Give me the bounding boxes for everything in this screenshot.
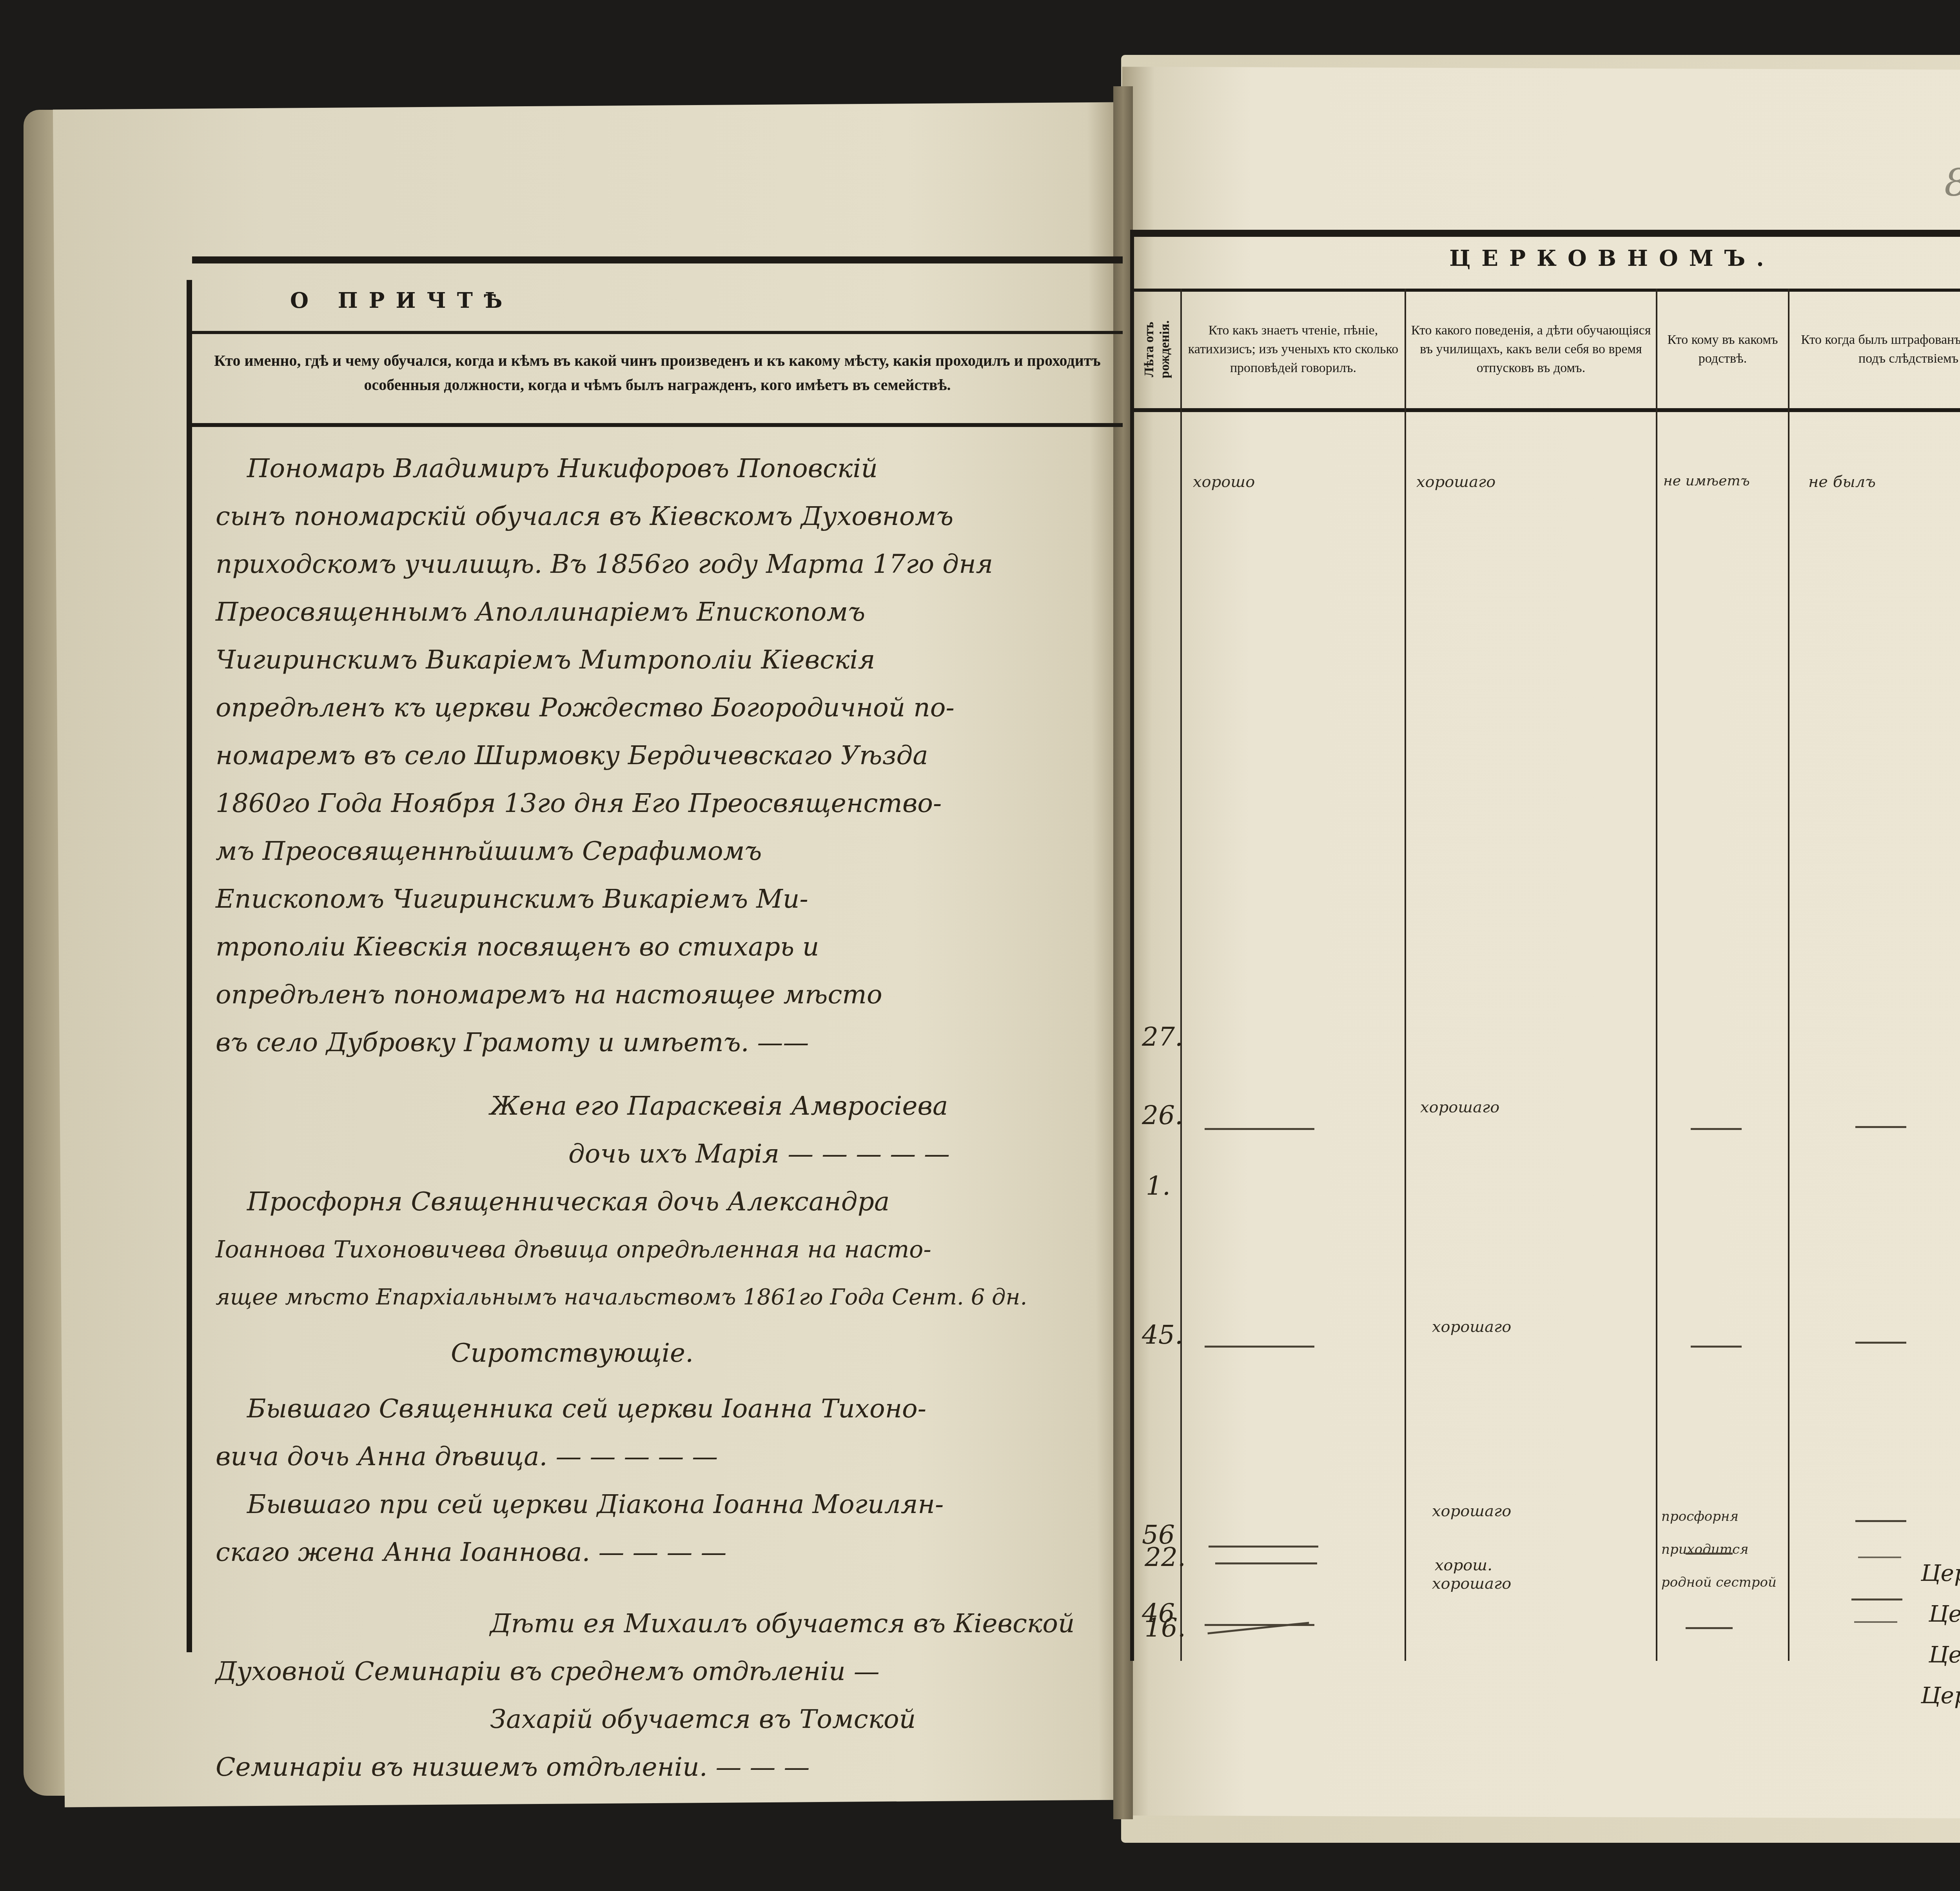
clergy-table-right: ЦЕРКОВНОМЪ. Лѣта отъ рожденія. Кто какъ … <box>1130 230 1960 1661</box>
entry-line: Пономарь Владимиръ Никифоровъ Поповскій <box>216 445 1115 492</box>
entry-line: Дѣти ея Михаилъ обучается въ Кіевской <box>216 1600 1115 1648</box>
header-rule <box>1134 289 1960 292</box>
cell-age: 16. <box>1145 1608 1186 1648</box>
cell-age: 1. <box>1146 1171 1171 1201</box>
entry-orphan-1: Бывшаго Священника сей церкви Іоанна Тих… <box>216 1385 1115 1480</box>
clergy-table-left: О ПРИЧТѢ Кто именно, гдѣ и чему обучался… <box>187 280 1123 1652</box>
cell-reading-dash <box>1215 1562 1317 1564</box>
cell-relation-dash <box>1691 1116 1742 1134</box>
cell-behavior: хорошаго <box>1432 1318 1511 1336</box>
column-header-age: Лѣта отъ рожденія. <box>1134 296 1180 402</box>
cell-age: 27. <box>1142 1022 1183 1052</box>
cell-fines-dash <box>1854 1621 1897 1623</box>
column-divider <box>1180 289 1182 1661</box>
cell-fines-dash <box>1855 1330 1906 1348</box>
cell-reading-dash <box>1209 1533 1318 1551</box>
entry-line: Сиротствующіе. <box>216 1329 1115 1377</box>
margin-note: Церкви Церкви Церкви Церкви <box>1921 1553 1960 1716</box>
cell-fines: не былъ <box>1808 473 1876 491</box>
cell-reading: хорошо <box>1193 473 1255 491</box>
cell-age: 45. <box>1142 1320 1183 1350</box>
column-divider <box>1788 289 1789 1661</box>
section-title-left: О ПРИЧТѢ <box>290 288 514 313</box>
cell-relation-dash <box>1686 1553 1733 1555</box>
cell-fines-dash <box>1858 1557 1901 1558</box>
entry-line: Бывшаго при сей церкви Діакона Іоанна Мо… <box>216 1480 1115 1528</box>
column-header-behavior: Кто какого поведенія, а дѣти обучающіяся… <box>1406 296 1656 402</box>
cell-behavior: хорошаго <box>1416 473 1495 491</box>
entry-line: Бывшаго Священника сей церкви Іоанна Тих… <box>216 1385 1115 1433</box>
cell-reading-dash <box>1205 1116 1314 1134</box>
cell-relation: просфорня приходится родной сестрой <box>1661 1500 1783 1599</box>
entry-children: Дѣти ея Михаилъ обучается въ Кіевской Ду… <box>216 1600 1115 1791</box>
column-header-relation: Кто кому въ какомъ родствѣ. <box>1657 296 1788 402</box>
entry-line: приходскомъ училищѣ. Въ 1856го году Март… <box>216 540 1115 588</box>
cell-relation-dash <box>1686 1627 1733 1629</box>
table-top-rule <box>1130 230 1960 237</box>
header-rule <box>192 331 1123 334</box>
entry-line: сынъ пономарскій обучался въ Кіевскомъ Д… <box>216 492 1115 540</box>
entry-wife: Жена его Параскевія Амвросіева дочь ихъ … <box>216 1082 1115 1178</box>
entry-line: Просфорня Священническая дочь Александра <box>216 1178 1115 1226</box>
handwritten-entries: Пономарь Владимиръ Никифоровъ Поповскій … <box>216 445 1115 1791</box>
entry-line: скаго жена Анна Іоаннова. — — — — <box>216 1528 1115 1576</box>
entry-ponomar: Пономарь Владимиръ Никифоровъ Поповскій … <box>216 445 1115 1066</box>
entry-line: вича дочь Анна дѣвица. — — — — — <box>216 1433 1115 1480</box>
cell-age: 22. <box>1145 1537 1186 1578</box>
column-header-fines: Кто когда былъ штрафованъ или не состоит… <box>1789 296 1960 402</box>
cell-relation-dash <box>1691 1333 1742 1351</box>
entry-line: въ село Дубровку Грамоту и имѣетъ. —— <box>216 1019 1115 1066</box>
entry-line: Захарій обучается въ Томской <box>216 1695 1115 1743</box>
cell-fines-dash <box>1855 1508 1906 1526</box>
column-header-reading: Кто какъ знаетъ чтеніе, пѣніе, катихизис… <box>1182 296 1405 402</box>
entry-line: номаремъ въ село Ширмовку Бердичевскаго … <box>216 732 1115 779</box>
entry-line: Епископомъ Чигиринскимъ Викаріемъ Ми- <box>216 875 1115 923</box>
entry-line: Духовной Семинаріи въ среднемъ отдѣленіи… <box>216 1648 1115 1695</box>
entry-line: Семинаріи въ низшемъ отдѣленіи. — — — <box>216 1743 1115 1791</box>
entry-line: Жена его Параскевія Амвросіева <box>216 1082 1115 1130</box>
entry-line: дочь ихъ Марія — — — — — <box>216 1130 1115 1178</box>
entry-orphan-2: Бывшаго при сей церкви Діакона Іоанна Мо… <box>216 1480 1115 1576</box>
entry-line: мъ Преосвященнѣйшимъ Серафимомъ <box>216 827 1115 875</box>
orphans-heading: Сиротствующіе. <box>216 1329 1115 1377</box>
entry-line: Іоаннова Тихоновичева дѣвица опредѣленна… <box>216 1226 1115 1273</box>
entry-line: 1860го Года Ноября 13го дня Его Преосвящ… <box>216 779 1115 827</box>
cell-behavior: хорош. <box>1435 1545 1492 1586</box>
cell-fines-dash <box>1855 1114 1906 1132</box>
margin-note-line: Церкви <box>1921 1593 1960 1634</box>
cell-age: 26. <box>1142 1100 1183 1130</box>
margin-note-line: Церкви <box>1921 1634 1960 1675</box>
entry-line: ящее мѣсто Епархіальнымъ начальствомъ 18… <box>216 1273 1115 1321</box>
cell-reading-dash <box>1205 1333 1314 1351</box>
table-top-rule <box>192 256 1123 263</box>
column-divider <box>1405 289 1406 1661</box>
margin-note-line: Церкви <box>1921 1675 1960 1716</box>
margin-note-line: Церкви <box>1921 1553 1960 1593</box>
entry-line: опредѣленъ пономаремъ на настоящее мѣсто <box>216 971 1115 1019</box>
entry-prosvirnya: Просфорня Священническая дочь Александра… <box>216 1178 1115 1321</box>
header-rule <box>192 423 1123 427</box>
cell-behavior: хорошаго <box>1432 1502 1511 1520</box>
entry-line: трополіи Кіевскія посвященъ во стихарь и <box>216 923 1115 971</box>
page-number: 87 <box>1944 161 1960 205</box>
entry-line: опредѣленъ къ церкви Рождество Богородич… <box>216 684 1115 732</box>
cell-fines-dash <box>1851 1586 1902 1604</box>
entry-line: Преосвященнымъ Аполлинаріемъ Епископомъ <box>216 588 1115 636</box>
column-header-left: Кто именно, гдѣ и чему обучался, когда и… <box>204 349 1111 397</box>
entry-line: Чигиринскимъ Викаріемъ Митрополіи Кіевск… <box>216 636 1115 684</box>
section-title-right: ЦЕРКОВНОМЪ. <box>1134 245 1960 271</box>
cell-relation: не имѣетъ <box>1663 473 1750 489</box>
column-divider <box>1656 289 1657 1661</box>
header-rule <box>1134 408 1960 412</box>
cell-behavior: хорошаго <box>1420 1098 1499 1116</box>
